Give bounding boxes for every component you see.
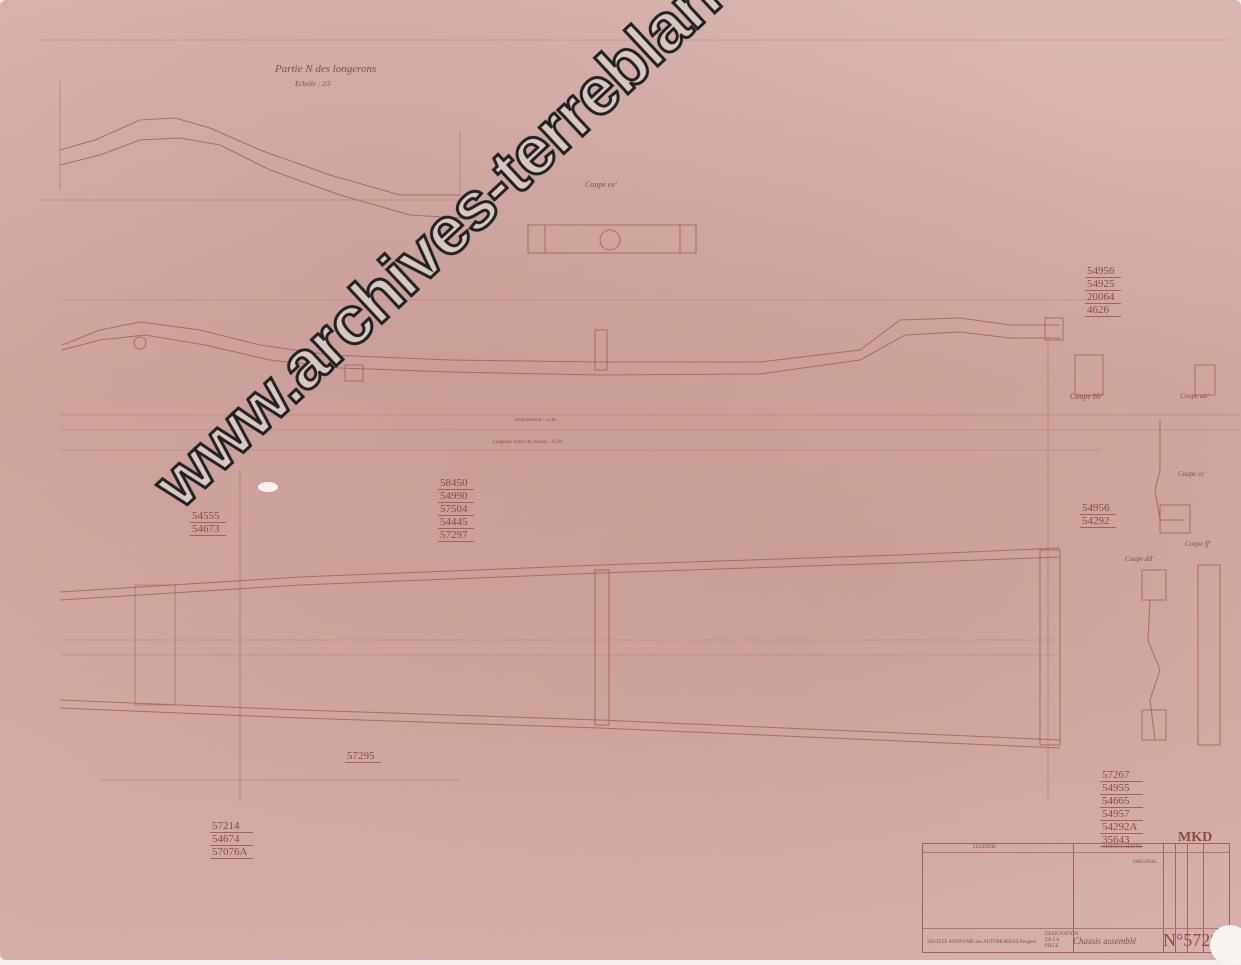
- company-name: SOCIETE ANONYME des AUTOMOBILES Peugeot: [927, 940, 1036, 945]
- paper-tear: [1210, 925, 1241, 960]
- section-label-ee: Coupe ee': [585, 180, 617, 189]
- part-designation: Chassis assemblé: [1073, 936, 1136, 946]
- ref-group-center: 58450 54990 57504 54445 57297: [438, 477, 474, 542]
- title-block: LEGENDE MODIFICATIONS ORIGINAL SOCIETE A…: [922, 843, 1230, 953]
- ref-group-bottom-center: 57295: [345, 750, 381, 763]
- longueur-note: Longueur totale du chassis : 4.540: [493, 440, 562, 445]
- legend-header: LEGENDE: [973, 845, 996, 850]
- drawing-scale: Echelle : 2/5: [295, 80, 331, 88]
- designation-label: DESIGNATION DE LA PIECE: [1045, 932, 1069, 950]
- empattement-note: Empattement : 3.185: [515, 418, 557, 423]
- section-label-bb: Coupe bb': [1070, 392, 1103, 401]
- section-label-aa: Coupe aa': [1180, 392, 1209, 400]
- ref-group-bottom-right: 57267 54955 54665 54957 54292A 35643: [1100, 769, 1143, 847]
- paper-spot: [258, 482, 278, 492]
- ref-group-top-right: 54956 54925 20064 4626: [1085, 265, 1121, 317]
- ref-group-bottom-left: 57214 54674 57076A: [210, 820, 253, 859]
- ref-group-right-mid: 54956 54292: [1080, 502, 1116, 528]
- original-label: ORIGINAL: [1133, 860, 1157, 865]
- drawing-title: Partie N des longerons: [275, 63, 376, 75]
- section-label-dd: Coupe dd': [1125, 555, 1154, 563]
- section-label-cc: Coupe cc': [1178, 470, 1206, 478]
- modifications-header: MODIFICATIONS: [1103, 845, 1142, 850]
- section-label-ff: Coupe ff': [1185, 540, 1210, 548]
